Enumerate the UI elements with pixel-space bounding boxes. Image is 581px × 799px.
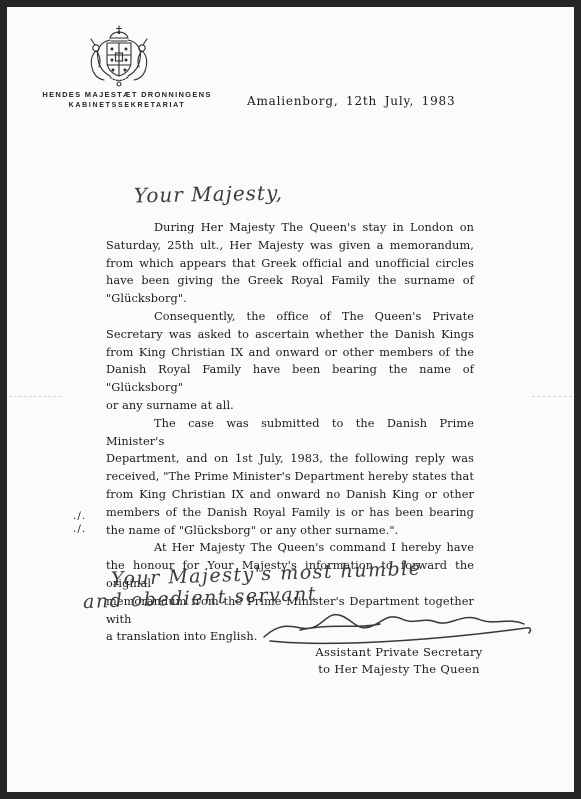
typed-line: Department, and on 1st July, 1983, the f… xyxy=(106,450,474,468)
typed-line: The case was submitted to the Danish Pri… xyxy=(106,415,474,451)
typed-line: the name of "Glücksborg" or any other su… xyxy=(106,522,474,540)
typed-line: Secretary was asked to ascertain whether… xyxy=(106,326,474,344)
enclosure-mark: ./. xyxy=(73,523,86,535)
fold-mark xyxy=(9,396,61,397)
paragraph: Consequently, the office of The Queen's … xyxy=(106,308,474,415)
typed-line: or any surname at all. xyxy=(106,397,474,415)
typed-line: Consequently, the office of The Queen's … xyxy=(106,308,474,326)
signoff-title-line1: Assistant Private Secretary xyxy=(301,644,497,661)
paragraph: The case was submitted to the Danish Pri… xyxy=(106,415,474,540)
typed-line: received, "The Prime Minister's Departme… xyxy=(106,468,474,486)
typed-line: from King Christian IX and onward no Dan… xyxy=(106,486,474,504)
fold-mark xyxy=(532,396,572,397)
paragraph: During Her Majesty The Queen's stay in L… xyxy=(106,219,474,308)
signoff-title: Assistant Private Secretary to Her Majes… xyxy=(301,644,497,678)
letter-paper: HENDES MAJESTÆT DRONNINGENS KABINETSSEKR… xyxy=(7,7,574,792)
typed-line: "Glücksborg". xyxy=(106,290,474,308)
typed-line: Saturday, 25th ult., Her Majesty was giv… xyxy=(106,237,474,255)
dateline: Amalienborg, 12th July, 1983 xyxy=(247,94,455,108)
typed-line: members of the Danish Royal Family is or… xyxy=(106,504,474,522)
enclosure-mark: ./. xyxy=(73,510,86,522)
typed-line: During Her Majesty The Queen's stay in L… xyxy=(106,219,474,237)
typed-line: have been giving the Greek Royal Family … xyxy=(106,272,474,290)
letterhead-org-line2: KABINETSSEKRETARIAT xyxy=(30,102,224,109)
signoff-title-line2: to Her Majesty The Queen xyxy=(301,661,497,678)
typed-line: from King Christian IX and onward or oth… xyxy=(106,344,474,362)
handwritten-salutation: Your Majesty, xyxy=(134,180,475,215)
typed-line: At Her Majesty The Queen's command I her… xyxy=(106,539,474,557)
letterhead-org-line1: HENDES MAJESTÆT DRONNINGENS xyxy=(30,90,224,99)
scanned-letter: HENDES MAJESTÆT DRONNINGENS KABINETSSEKR… xyxy=(0,0,581,799)
letterhead: HENDES MAJESTÆT DRONNINGENS KABINETSSEKR… xyxy=(30,90,224,109)
typed-line: Danish Royal Family have been bearing th… xyxy=(106,361,474,397)
typed-line: from which appears that Greek official a… xyxy=(106,255,474,273)
royal-coat-of-arms-icon xyxy=(86,25,152,91)
